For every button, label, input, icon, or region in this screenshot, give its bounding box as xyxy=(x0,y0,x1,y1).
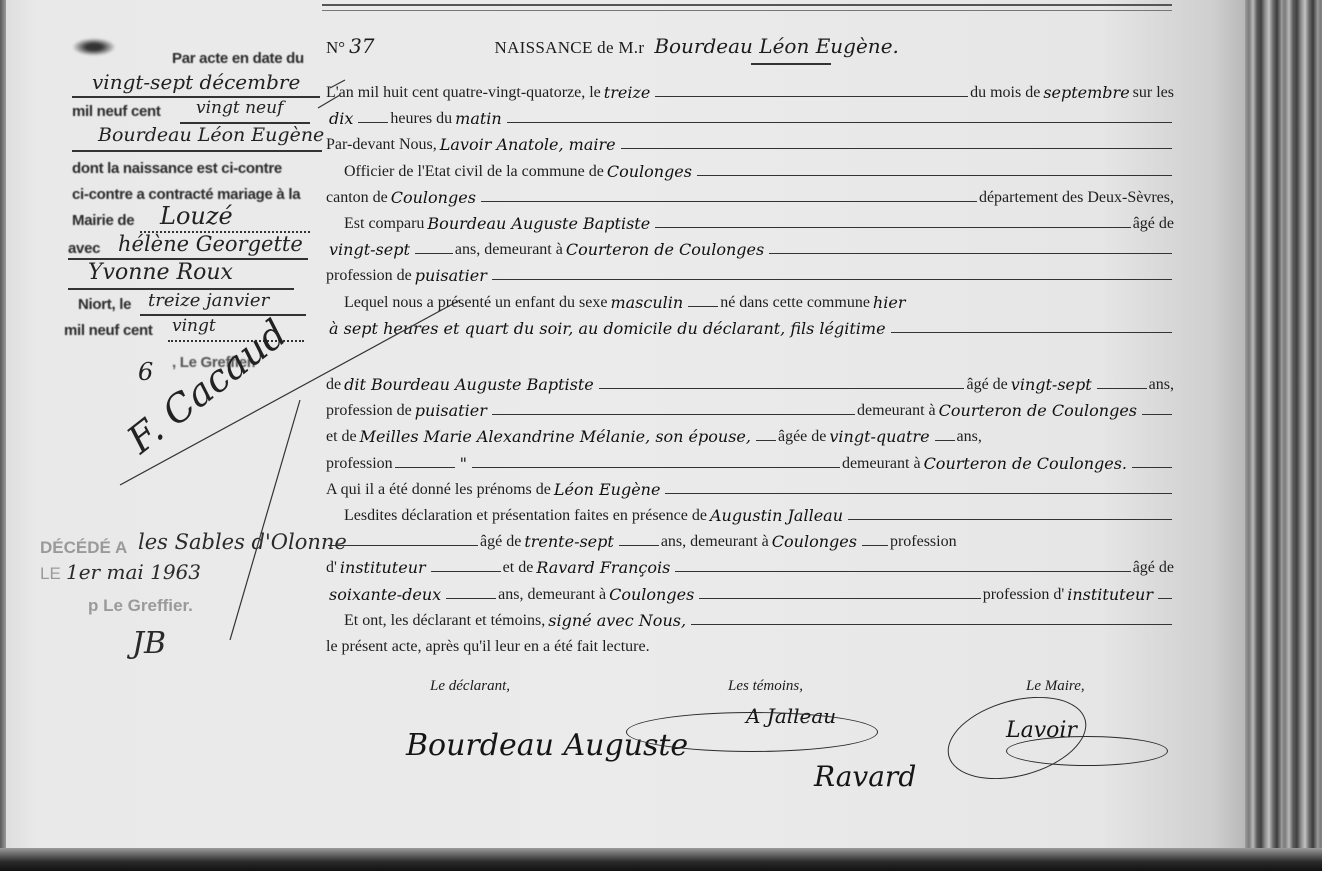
witness-signature-ravard: Ravard xyxy=(814,760,916,793)
blank-rule xyxy=(862,545,888,546)
margin-hand-9: treize janvier xyxy=(148,290,269,311)
blank-rule xyxy=(492,414,855,415)
page-bottom-shadow xyxy=(0,848,1322,871)
printed-text: Et ont, les déclarant et témoins, xyxy=(344,612,545,630)
blank-rule xyxy=(1132,467,1172,468)
printed-text: ans, xyxy=(957,428,982,446)
printed-text: de xyxy=(326,376,341,394)
death-date: 1er mai 1963 xyxy=(66,560,201,584)
blank-rule xyxy=(1158,598,1172,599)
printed-text: Est comparu xyxy=(344,215,424,233)
printed-text: né dans cette commune xyxy=(720,294,870,312)
record-line: Officier de l'Etat civil de la commune d… xyxy=(326,155,1174,181)
blank-rule xyxy=(507,122,1172,123)
death-place: les Sables d'Olonne xyxy=(138,530,347,554)
record-line: d'instituteuret de Ravard Françoisâgé de xyxy=(326,551,1174,577)
margin-line-9: Niort, le xyxy=(78,296,131,313)
record-line: à sept heures et quart du soir, au domic… xyxy=(326,312,1174,338)
blank-rule xyxy=(665,493,1172,494)
handwritten-entry: Ravard François xyxy=(533,558,673,577)
handwritten-entry: instituteur xyxy=(1064,585,1156,604)
blank-rule xyxy=(431,571,501,572)
death-stamp-initials: JB xyxy=(132,626,166,661)
margin-line-7: avec xyxy=(68,240,100,257)
printed-text: Officier de l'Etat civil de la commune d… xyxy=(344,163,604,181)
handwritten-entry: Coulonges xyxy=(604,162,695,181)
margin-line-2: mil neuf cent xyxy=(72,103,161,120)
printed-text: et de xyxy=(503,559,534,577)
witnesses-label: Les témoins, xyxy=(728,678,803,695)
child-name-heading: Bourdeau Léon Eugène. xyxy=(654,34,899,58)
mayor-flourish xyxy=(1006,736,1168,766)
handwritten-entry: instituteur xyxy=(337,558,429,577)
blank-rule xyxy=(688,306,718,307)
birth-record: N° 37 NAISSANCE de M.r Bourdeau Léon Eug… xyxy=(326,0,1176,850)
blank-rule xyxy=(769,253,1172,254)
blank-rule xyxy=(446,598,496,599)
blank-rule xyxy=(935,440,955,441)
blank-rule xyxy=(697,175,1172,176)
blank-rule xyxy=(492,279,1172,280)
handwritten-entry: Lavoir Anatole, maire xyxy=(437,135,619,154)
death-stamp-clerk-label: p Le Greffier. xyxy=(88,596,193,616)
record-line: Est comparu Bourdeau Auguste Baptisteâgé… xyxy=(326,207,1174,233)
margin-hand-8: Yvonne Roux xyxy=(88,260,233,285)
handwritten-entry: Courteron de Coulonges xyxy=(563,240,767,259)
handwritten-entry: " xyxy=(457,454,470,473)
printed-text: ans, demeurant à xyxy=(455,241,563,259)
handwritten-entry: Courteron de Coulonges. xyxy=(921,454,1130,473)
heading-underline xyxy=(751,63,831,65)
declarant-label: Le déclarant, xyxy=(430,678,510,695)
printed-text: profession xyxy=(890,533,957,551)
handwritten-entry: Coulonges xyxy=(769,532,860,551)
signature-flourish xyxy=(626,712,878,752)
record-line: vingt-septans, demeurant à Courteron de … xyxy=(326,233,1174,259)
printed-text: ans, xyxy=(1149,376,1174,394)
record-line: et de Meilles Marie Alexandrine Mélanie,… xyxy=(326,420,1174,446)
printed-text: département des Deux-Sèvres, xyxy=(979,189,1174,207)
death-stamp-date-label: LE xyxy=(40,564,61,584)
margin-line-6: Mairie de xyxy=(72,212,134,229)
handwritten-entry: Bourdeau Auguste Baptiste xyxy=(424,214,653,233)
handwritten-entry: Léon Eugène xyxy=(551,480,664,499)
printed-text: A qui il a été donné les prénoms de xyxy=(326,481,551,499)
margin-hand-2: vingt neuf xyxy=(196,98,283,118)
printed-text: âgé de xyxy=(480,533,521,551)
record-number-label: N° xyxy=(326,38,345,58)
record-line: Lequel nous a présenté un enfant du sexe… xyxy=(326,286,1174,312)
handwritten-entry: puisatier xyxy=(412,266,490,285)
margin-line-5: ci-contre a contracté mariage à la xyxy=(72,186,300,203)
printed-text: profession d' xyxy=(983,586,1065,604)
printed-text: du mois de xyxy=(970,84,1040,102)
handwritten-entry: dit Bourdeau Auguste Baptiste xyxy=(341,375,597,394)
handwritten-entry: puisatier xyxy=(412,401,490,420)
blank-rule xyxy=(675,571,1130,572)
handwritten-entry: masculin xyxy=(607,293,686,312)
handwritten-entry: vingt-sept xyxy=(1008,375,1095,394)
printed-text: heures du xyxy=(390,110,452,128)
handwritten-entry: vingt-quatre xyxy=(826,427,932,446)
blank-rule xyxy=(415,253,453,254)
blank-rule xyxy=(699,598,980,599)
record-title: NAISSANCE de M.r xyxy=(495,38,645,58)
margin-line-10: mil neuf cent xyxy=(64,322,153,339)
printed-text: le présent acte, après qu'il leur en a é… xyxy=(326,638,650,656)
blank-rule xyxy=(472,467,840,468)
blank-rule xyxy=(328,545,478,546)
margin-annotation: Par acte en date du vingt-sept décembre … xyxy=(0,0,340,850)
margin-hand-1: vingt-sept décembre xyxy=(92,70,300,94)
handwritten-entry: soixante-deux xyxy=(326,585,444,604)
blank-rule xyxy=(891,332,1172,333)
page-reference: 6 xyxy=(138,358,153,386)
printed-text: ans, demeurant à xyxy=(661,533,769,551)
death-stamp-place-label: DÉCÉDÉ A xyxy=(40,538,127,558)
printed-text: et de xyxy=(326,428,357,446)
handwritten-entry: treize xyxy=(601,83,654,102)
margin-hand-3: Bourdeau Léon Eugène xyxy=(98,124,324,146)
record-line: soixante-deuxans, demeurant à Coulongesp… xyxy=(326,578,1174,604)
printed-text: Lesdites déclaration et présentation fai… xyxy=(344,507,707,525)
record-line: âgé de trente-septans, demeurant à Coulo… xyxy=(326,525,1174,551)
handwritten-entry: signé avec Nous, xyxy=(545,611,689,630)
record-line: de dit Bourdeau Auguste Baptisteâgé de v… xyxy=(326,368,1174,394)
printed-text: profession de xyxy=(326,402,412,420)
handwritten-entry: Meilles Marie Alexandrine Mélanie, son é… xyxy=(357,427,754,446)
record-line: A qui il a été donné les prénoms de Léon… xyxy=(326,473,1174,499)
blank-rule xyxy=(358,122,388,123)
printed-text: canton de xyxy=(326,189,388,207)
handwritten-entry: hier xyxy=(870,293,909,312)
record-line: profession "demeurant à Courteron de Cou… xyxy=(326,447,1174,473)
margin-hand-7: hélène Georgette xyxy=(118,232,303,256)
blank-rule xyxy=(1097,388,1147,389)
blank-rule xyxy=(1142,414,1172,415)
printed-text: L'an mil huit cent quatre-vingt-quatorze… xyxy=(326,84,601,102)
blank-rule xyxy=(756,440,776,441)
printed-text: âgé de xyxy=(966,376,1007,394)
printed-text: âgé de xyxy=(1133,215,1174,233)
blank-rule xyxy=(621,148,1172,149)
blank-rule xyxy=(655,227,1130,228)
handwritten-entry: Augustin Jalleau xyxy=(707,506,846,525)
blank-rule xyxy=(481,201,977,202)
margin-line-4: dont la naissance est ci-contre xyxy=(72,160,282,177)
handwritten-entry: vingt-sept xyxy=(326,240,413,259)
record-line: Et ont, les déclarant et témoins, signé … xyxy=(326,604,1174,630)
margin-hand-6: Louzé xyxy=(160,202,233,230)
blank-rule xyxy=(599,388,965,389)
handwritten-entry: trente-sept xyxy=(521,532,617,551)
printed-text: Lequel nous a présenté un enfant du sexe xyxy=(344,294,607,312)
printed-text: d' xyxy=(326,559,337,577)
record-line: canton de Coulongesdépartement des Deux-… xyxy=(326,181,1174,207)
record-line: dixheures du matin xyxy=(326,102,1174,128)
printed-text: profession xyxy=(326,455,393,473)
printed-text: Par-devant Nous, xyxy=(326,136,437,154)
blank-rule xyxy=(395,467,455,468)
ink-smudge xyxy=(72,38,116,56)
blank-rule xyxy=(691,624,1172,625)
margin-rule xyxy=(72,150,322,152)
book-binding-edges xyxy=(1245,0,1322,860)
handwritten-entry: Coulonges xyxy=(606,585,697,604)
margin-line-0: Par acte en date du xyxy=(172,50,304,67)
handwritten-entry: dix xyxy=(326,109,356,128)
margin-hand-10: vingt xyxy=(172,316,216,336)
record-heading: N° 37 NAISSANCE de M.r Bourdeau Léon Eug… xyxy=(326,28,1174,58)
printed-text: ans, demeurant à xyxy=(498,586,606,604)
mayor-label: Le Maire, xyxy=(1026,678,1085,695)
record-line: Lesdites déclaration et présentation fai… xyxy=(326,499,1174,525)
handwritten-entry: septembre xyxy=(1040,83,1132,102)
record-line: Par-devant Nous, Lavoir Anatole, maire xyxy=(326,128,1174,154)
record-line: le présent acte, après qu'il leur en a é… xyxy=(326,630,1174,656)
blank-rule xyxy=(655,96,968,97)
blank-rule xyxy=(848,519,1172,520)
printed-text: demeurant à xyxy=(842,455,921,473)
blank-rule xyxy=(619,545,659,546)
record-line: profession de puisatierdemeurant à Court… xyxy=(326,394,1174,420)
margin-rule xyxy=(140,314,306,316)
printed-text: sur les xyxy=(1133,84,1174,102)
record-number: 37 xyxy=(349,34,374,58)
record-line: L'an mil huit cent quatre-vingt-quatorze… xyxy=(326,76,1174,102)
printed-text: profession de xyxy=(326,267,412,285)
handwritten-entry: à sept heures et quart du soir, au domic… xyxy=(326,319,889,338)
handwritten-entry: Coulonges xyxy=(388,188,479,207)
handwritten-entry: matin xyxy=(452,109,505,128)
handwritten-entry: Courteron de Coulonges xyxy=(936,401,1140,420)
printed-text: âgée de xyxy=(778,428,826,446)
record-line: profession de puisatier xyxy=(326,259,1174,285)
printed-text: demeurant à xyxy=(857,402,936,420)
printed-text: âgé de xyxy=(1133,559,1174,577)
